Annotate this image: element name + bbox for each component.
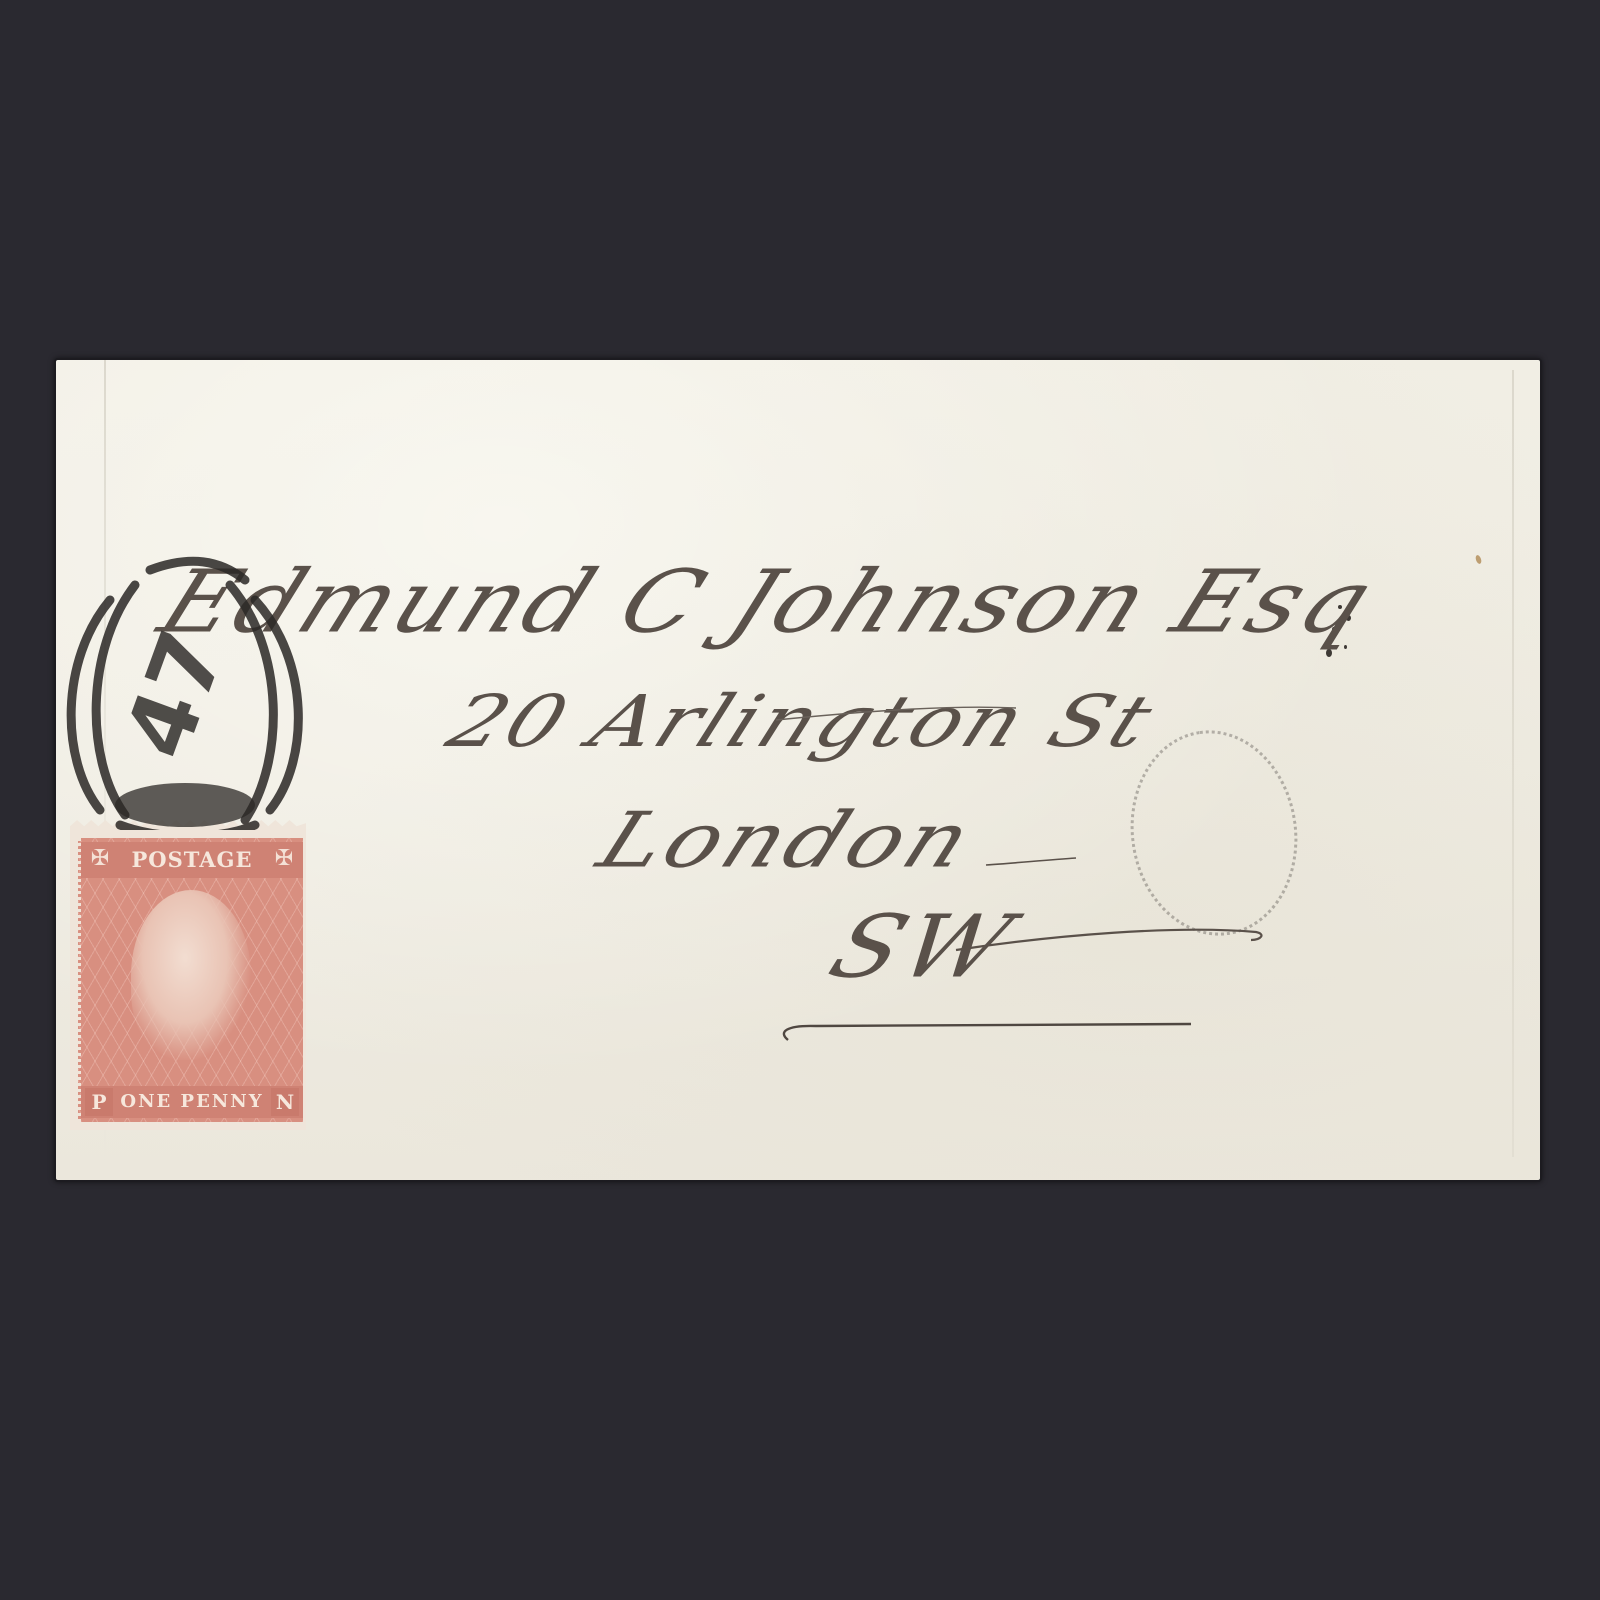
address-district-line: SW [816, 896, 1029, 997]
envelope-fold-right [1512, 370, 1514, 1157]
stamp-top-label: POSTAGE [81, 842, 303, 878]
address-city-line: London [586, 796, 988, 885]
penny-red-stamp: ✠ ✠ POSTAGE ONE PENNY P N [70, 820, 306, 1130]
stamp-corner-letter-right: N [271, 1088, 299, 1116]
envelope: Edmund C Johnson Esq 20 Arlington St Lon… [56, 360, 1540, 1180]
address-street-line: 20 Arlington St [436, 680, 1167, 763]
stamp-design: ✠ ✠ POSTAGE ONE PENNY P N [78, 838, 303, 1122]
stamp-corner-letter-left: P [85, 1088, 113, 1116]
queen-portrait [131, 890, 251, 1060]
foxing-spot [1475, 554, 1483, 564]
stamp-bottom-label: ONE PENNY [81, 1086, 303, 1118]
address-name-line: Edmund C Johnson Esq [146, 551, 1389, 652]
faint-postmark [1117, 719, 1310, 946]
